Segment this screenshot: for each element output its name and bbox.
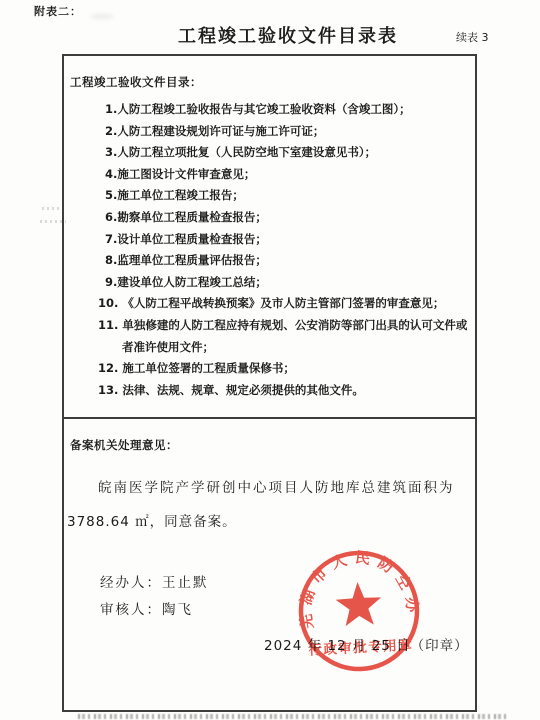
directory-section: 工程竣工验收文件目录： 1.人防工程竣工验收报告与其它竣工验收资料（含竣工图）；… xyxy=(64,56,475,419)
reviewer-line: 审核人：陶飞 xyxy=(100,598,193,618)
footnote-cutoff-text xyxy=(78,714,508,719)
appendix-label: 附表二： xyxy=(34,3,82,19)
directory-item: 12. 施工单位签署的工程质量保修书； xyxy=(64,358,471,380)
opinion-text-line1: 皖南医学院产学研创中心项目人防地库总建筑面积为 xyxy=(98,476,455,496)
directory-item: 5.施工单位工程竣工报告； xyxy=(64,185,471,207)
opinion-heading: 备案机关处理意见： xyxy=(70,437,178,453)
opinion-text-line2: 3788.64 ㎡，同意备案。 xyxy=(67,510,237,530)
directory-list: 1.人防工程竣工验收报告与其它竣工验收资料（含竣工图）； 2.人防工程建设规划许… xyxy=(64,99,471,401)
directory-item: 4.施工图设计文件审查意见； xyxy=(64,164,471,186)
directory-item: 2.人防工程建设规划许可证与施工许可证； xyxy=(64,121,471,143)
handler-line: 经办人：王止默 xyxy=(100,571,209,591)
scan-artifact xyxy=(42,207,64,210)
reviewer-label: 审核人： xyxy=(100,602,162,618)
directory-item: 1.人防工程竣工验收报告与其它竣工验收资料（含竣工图）； xyxy=(64,99,471,121)
directory-item: 8.监理单位工程质量评估报告； xyxy=(64,250,471,272)
date-line: 2024 年 12 月 25 日（印章） xyxy=(264,634,469,654)
directory-item: 6.勘察单位工程质量检查报告； xyxy=(64,207,471,229)
handler-label: 经办人： xyxy=(100,575,162,591)
scanned-document-page: 附表二： 工程竣工验收文件目录表 续表 3 工程竣工验收文件目录： 1.人防工程… xyxy=(0,0,540,720)
directory-item: 13. 法律、法规、规章、规定必须提供的其他文件。 xyxy=(64,380,471,402)
scan-artifact xyxy=(90,14,114,19)
directory-item: 3.人防工程立项批复（人民防空地下室建设意见书）； xyxy=(64,142,471,164)
directory-item: 10. 《人防工程平战转换预案》及市人防主管部门签署的审查意见； xyxy=(64,293,471,315)
continued-table-label: 续表 3 xyxy=(456,29,489,45)
handler-name: 王止默 xyxy=(162,575,209,591)
form-border-box: 工程竣工验收文件目录： 1.人防工程竣工验收报告与其它竣工验收资料（含竣工图）；… xyxy=(62,54,477,712)
reviewer-name: 陶飞 xyxy=(162,602,193,618)
directory-heading: 工程竣工验收文件目录： xyxy=(70,74,202,90)
directory-item: 7.设计单位工程质量检查报告； xyxy=(64,229,471,251)
directory-item: 11. 单独修建的人防工程应持有规划、公安消防等部门出具的认可文件或者准许使用文… xyxy=(64,315,471,358)
directory-item: 9.建设单位人防工程竣工总结； xyxy=(64,272,471,294)
